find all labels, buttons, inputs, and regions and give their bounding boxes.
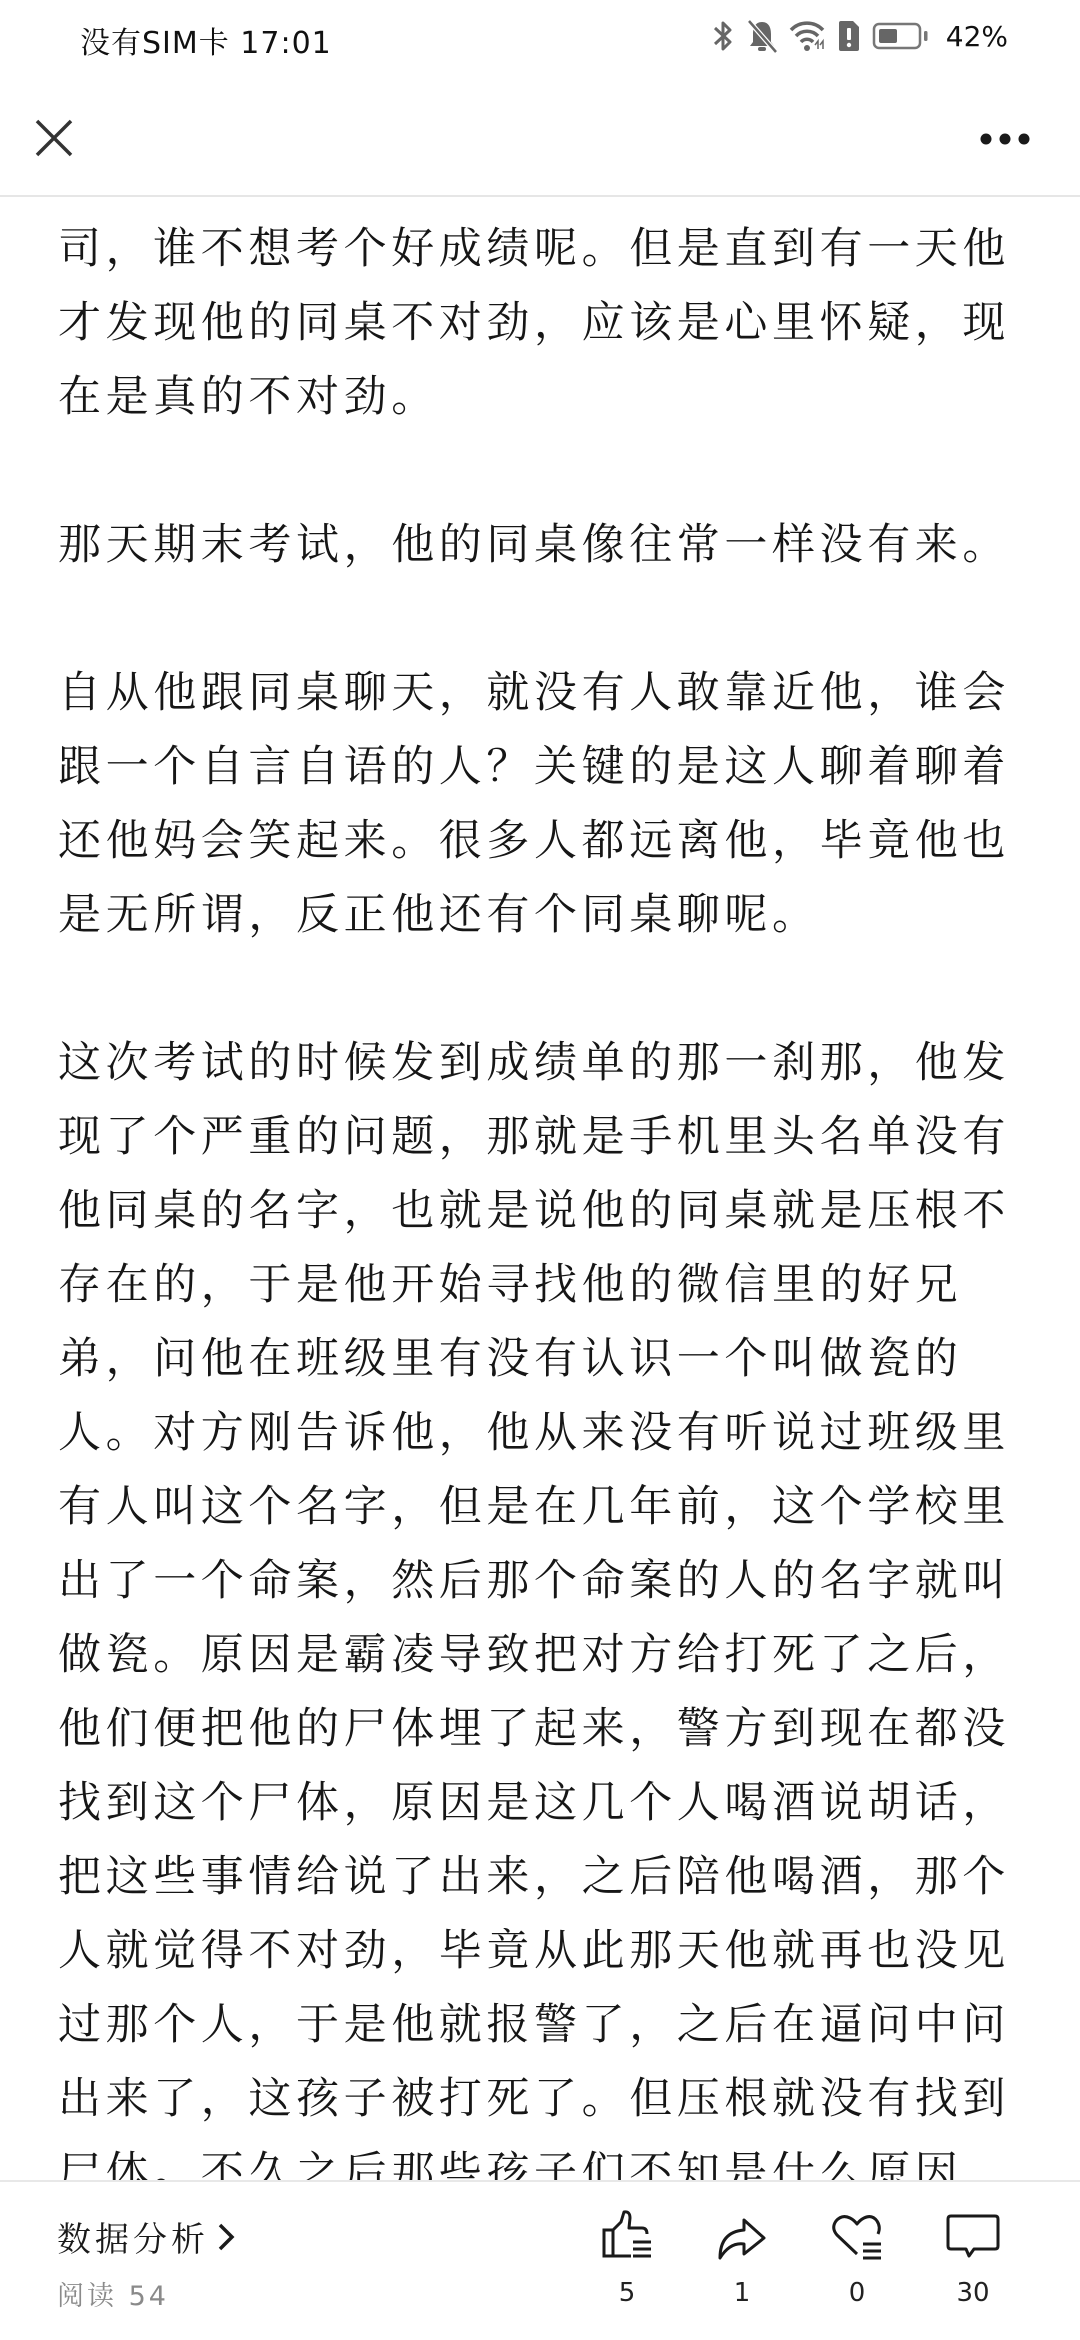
bluetooth-icon <box>710 18 736 54</box>
paragraph: 自从他跟同桌聊天，就没有人敢靠近他，谁会 跟一个自言自语的人？关键的是这人聊着聊… <box>58 656 1028 952</box>
chevron-right-icon <box>215 2220 237 2254</box>
text-line: 他同桌的名字，也就是说他的同桌就是压根不 <box>58 1174 1028 1248</box>
text-line: 还他妈会笑起来。很多人都远离他，毕竟他也 <box>58 804 1028 878</box>
paragraph: 这次考试的时候发到成绩单的那一刹那，他发 现了个严重的问题，那就是手机里头名单没… <box>58 1026 1028 2180</box>
text-line: 才发现他的同桌不对劲，应该是心里怀疑，现 <box>58 286 1028 360</box>
status-bar: 没有SIM卡 17:01 42% <box>0 0 1080 72</box>
text-line: 过那个人，于是他就报警了，之后在逼问中问 <box>58 1988 1028 2062</box>
text-line: 出了一个命案，然后那个命案的人的名字就叫 <box>58 1544 1028 1618</box>
battery-percent: 42% <box>946 20 1008 53</box>
bottom-action-bar: 数据分析 阅读 54 5 1 0 30 <box>0 2180 1080 2340</box>
share-count: 1 <box>697 2278 787 2308</box>
read-count: 阅读 54 <box>57 2274 169 2313</box>
text-line: 出来了，这孩子被打死了。但压根就没有找到 <box>58 2062 1028 2136</box>
like-button[interactable]: 5 <box>582 2208 672 2308</box>
more-icon <box>970 124 1040 154</box>
bell-off-icon <box>746 18 778 54</box>
text-line: 在是真的不对劲。 <box>58 360 1028 434</box>
text-line: 弟，问他在班级里有没有认识一个叫做瓷的 <box>58 1322 1028 1396</box>
text-line: 现了个严重的问题，那就是手机里头名单没有 <box>58 1100 1028 1174</box>
comment-count: 30 <box>928 2278 1018 2308</box>
data-analysis-link[interactable]: 数据分析 <box>57 2212 237 2261</box>
comment-button[interactable]: 30 <box>928 2208 1018 2308</box>
text-line: 那天期末考试，他的同桌像往常一样没有来。 <box>58 508 1028 582</box>
text-line: 尸体。不久之后那些孩子们不知是什么原因 <box>58 2136 1028 2180</box>
text-line: 有人叫这个名字，但是在几年前，这个学校里 <box>58 1470 1028 1544</box>
paragraph: 司，谁不想考个好成绩呢。但是直到有一天他 才发现他的同桌不对劲，应该是心里怀疑，… <box>58 212 1028 434</box>
status-icons: 42% <box>710 16 1008 56</box>
data-analysis-label: 数据分析 <box>57 2212 209 2261</box>
battery-icon <box>872 21 930 51</box>
article-body[interactable]: 司，谁不想考个好成绩呢。但是直到有一天他 才发现他的同桌不对劲，应该是心里怀疑，… <box>58 197 1028 2180</box>
close-button[interactable] <box>30 114 78 162</box>
carrier-time: 没有SIM卡 17:01 <box>80 18 332 62</box>
share-button[interactable]: 1 <box>697 2208 787 2308</box>
close-icon <box>30 114 78 162</box>
text-line: 找到这个尸体，原因是这几个人喝酒说胡话， <box>58 1766 1028 1840</box>
heart-icon <box>829 2208 885 2264</box>
share-icon <box>714 2208 770 2264</box>
comment-icon <box>945 2208 1001 2264</box>
more-options-button[interactable] <box>970 124 1040 154</box>
article-header <box>0 72 1080 197</box>
favorite-button[interactable]: 0 <box>812 2208 902 2308</box>
text-line: 存在的，于是他开始寻找他的微信里的好兄 <box>58 1248 1028 1322</box>
text-line: 人就觉得不对劲，毕竟从此那天他就再也没见 <box>58 1914 1028 1988</box>
text-line: 把这些事情给说了出来，之后陪他喝酒，那个 <box>58 1840 1028 1914</box>
wifi-icon <box>788 18 826 54</box>
paragraph: 那天期末考试，他的同桌像往常一样没有来。 <box>58 508 1028 582</box>
text-line: 这次考试的时候发到成绩单的那一刹那，他发 <box>58 1026 1028 1100</box>
text-line: 做瓷。原因是霸凌导致把对方给打死了之后， <box>58 1618 1028 1692</box>
sim-alert-icon <box>836 18 862 54</box>
text-line: 人。对方刚告诉他，他从来没有听说过班级里 <box>58 1396 1028 1470</box>
favorite-count: 0 <box>812 2278 902 2308</box>
text-line: 是无所谓，反正他还有个同桌聊呢。 <box>58 878 1028 952</box>
text-line: 自从他跟同桌聊天，就没有人敢靠近他，谁会 <box>58 656 1028 730</box>
text-line: 司，谁不想考个好成绩呢。但是直到有一天他 <box>58 212 1028 286</box>
text-line: 跟一个自言自语的人？关键的是这人聊着聊着 <box>58 730 1028 804</box>
like-count: 5 <box>582 2278 672 2308</box>
thumbs-up-icon <box>599 2208 655 2264</box>
text-line: 他们便把他的尸体埋了起来，警方到现在都没 <box>58 1692 1028 1766</box>
